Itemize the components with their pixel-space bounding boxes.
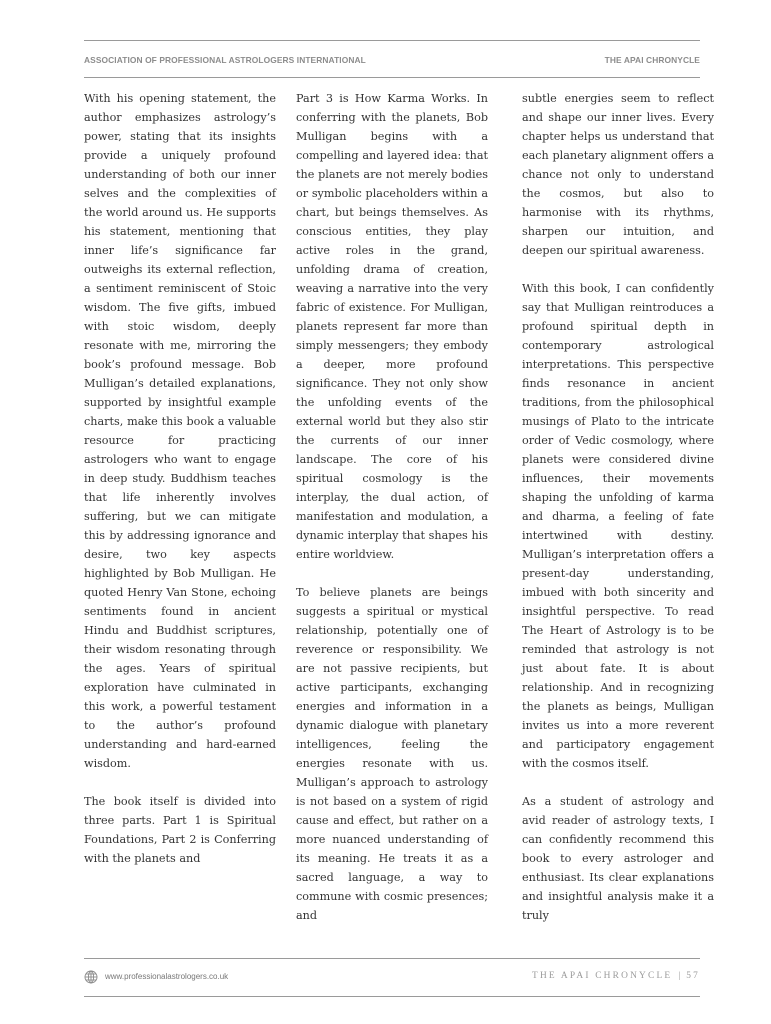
website-link[interactable]: www.professionalastrologers.co.uk: [105, 972, 228, 981]
footer-bottom-rule: [84, 996, 700, 997]
footer-separator: |: [678, 971, 680, 981]
page-number: 57: [686, 971, 700, 981]
footer-publication: THE APAI CHRONYCLE: [532, 971, 672, 981]
paragraph: As a student of astrology and avid reade…: [522, 792, 714, 925]
paragraph: With this book, I can confidently say th…: [522, 279, 714, 773]
paragraph: subtle energies seem to reflect and shap…: [522, 89, 714, 260]
header-publication: THE APAI CHRONYCLE: [605, 55, 700, 65]
column-3: subtle energies seem to reflect and shap…: [522, 89, 714, 925]
footer-publication-page: THE APAI CHRONYCLE|57: [532, 971, 700, 981]
paragraph: With his opening statement, the author e…: [84, 89, 276, 773]
footer-top-rule: [84, 958, 700, 959]
header-organization: ASSOCIATION OF PROFESSIONAL ASTROLOGERS …: [84, 55, 366, 65]
globe-icon: [84, 970, 98, 984]
paragraph: Part 3 is How Karma Works. In conferring…: [296, 89, 488, 564]
header-bottom-rule: [84, 77, 700, 78]
paragraph: The book itself is divided into three pa…: [84, 792, 276, 868]
column-2: Part 3 is How Karma Works. In conferring…: [296, 89, 488, 925]
running-header: ASSOCIATION OF PROFESSIONAL ASTROLOGERS …: [84, 52, 700, 68]
header-top-rule: [84, 40, 700, 41]
running-footer: www.professionalastrologers.co.uk THE AP…: [84, 969, 700, 987]
paragraph: To believe planets are beings suggests a…: [296, 583, 488, 925]
column-1: With his opening statement, the author e…: [84, 89, 276, 868]
